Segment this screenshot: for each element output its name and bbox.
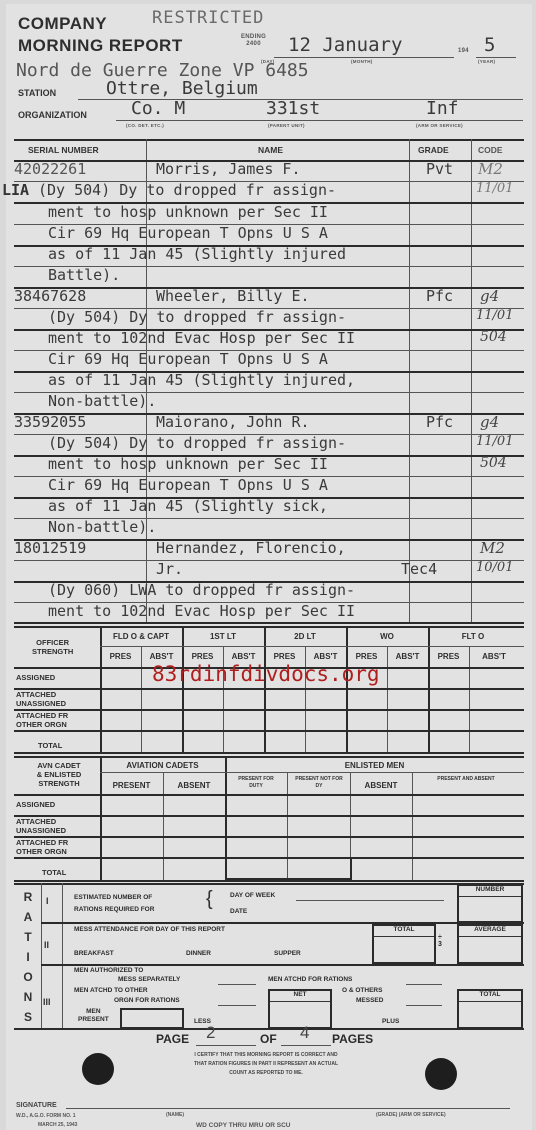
letter: I — [20, 947, 36, 967]
auth-field[interactable] — [218, 984, 256, 985]
rule — [14, 622, 524, 624]
rule — [14, 756, 524, 758]
grid-line — [387, 647, 388, 752]
report-date: 12 January — [288, 34, 402, 56]
letter: T — [20, 927, 36, 947]
average-box: AVERAGE — [457, 924, 523, 964]
group-aviation-cadets: AVIATION CADETS — [100, 761, 225, 770]
signature-line[interactable] — [66, 1108, 510, 1109]
org-parent-caption: (PARENT UNIT) — [268, 123, 305, 128]
ending-label-line2: 2400 — [241, 41, 266, 48]
certify-line: I CERTIFY THAT THIS MORNING REPORT IS CO… — [136, 1051, 396, 1060]
auth-label-1: MEN AUTHORIZED TO — [74, 967, 143, 974]
serial-number: 38467628 — [14, 286, 86, 306]
organization-label: ORGANIZATION — [18, 110, 87, 120]
sub-pres: PRES — [428, 652, 469, 661]
sub-abst: ABS'T — [305, 652, 346, 661]
signature-label: SIGNATURE — [16, 1102, 57, 1109]
grade: Tec4 — [401, 559, 437, 579]
rule — [100, 772, 524, 773]
title-line: STRENGTH — [20, 779, 98, 788]
entry-line: ment to hosp unknown per Sec II — [48, 202, 328, 222]
rule — [14, 1028, 524, 1030]
atchd-rations-label: MEN ATCHD FOR RATIONS — [268, 976, 352, 983]
rule — [100, 646, 524, 647]
entry-line: Non-battle). — [48, 517, 156, 537]
code-handwritten-504: 504 — [480, 455, 507, 471]
station-value: Ottre, Belgium — [106, 78, 258, 99]
code-date-handwritten: 10/01 — [476, 560, 513, 575]
org-arm-caption: (ARM OR SERVICE) — [416, 123, 463, 128]
group-flt-o: FLT O — [428, 632, 518, 641]
code-date-handwritten: 11/01 — [476, 434, 513, 449]
col-grade: GRADE — [418, 145, 449, 155]
group-wo: WO — [346, 632, 428, 641]
section-i-numeral: I — [46, 896, 49, 906]
binder-hole-right — [425, 1058, 457, 1090]
col-present-for-duty: PRESENT FOR DUTY — [235, 776, 277, 790]
label-line: PRESENT — [78, 1016, 109, 1024]
grid-line — [469, 647, 470, 752]
wd-copy-note: WD COPY THRU MRU OR SCU — [196, 1122, 291, 1129]
men-present-label: MEN PRESENT — [78, 1008, 109, 1024]
sub-pres: PRES — [182, 652, 223, 661]
of-underline — [281, 1045, 331, 1046]
page-number: 2 — [206, 1023, 215, 1043]
dinner-label: DINNER — [186, 950, 211, 957]
page-label: PAGE — [156, 1032, 189, 1046]
iii-total-label: TOTAL — [459, 991, 521, 1002]
month-caption: (MONTH) — [351, 59, 373, 64]
letter: S — [20, 1007, 36, 1027]
rule — [41, 922, 524, 924]
rule — [14, 752, 524, 754]
rule — [14, 730, 524, 732]
atchd-other-label-2: ORGN FOR RATIONS — [114, 997, 180, 1004]
entry-line: ment to hosp unknown per Sec II — [48, 454, 328, 474]
brace: { — [206, 888, 213, 911]
others-label-1: O & OTHERS — [342, 987, 382, 994]
number-label: NUMBER — [459, 886, 521, 897]
group-2d-lt: 2D LT — [264, 632, 346, 641]
number-box: NUMBER — [457, 884, 523, 923]
entry-line: (Dy 504) Dy to dropped fr assign- — [48, 307, 346, 327]
col-absent-enlisted: ABSENT — [350, 781, 412, 790]
name-caption: (NAME) — [166, 1112, 184, 1118]
certification-statement: I CERTIFY THAT THIS MORNING REPORT IS CO… — [136, 1051, 396, 1078]
soldier-name: Maiorano, John R. — [156, 412, 310, 432]
serial-number: 18012519 — [14, 538, 86, 558]
col-code: CODE — [478, 145, 503, 155]
form-date: MARCH 25, 1943 — [38, 1122, 77, 1128]
sub-pres: PRES — [346, 652, 387, 661]
grade: Pvt — [426, 159, 453, 179]
pages-label: PAGES — [332, 1032, 373, 1046]
ending-label-line1: ENDING — [241, 34, 266, 41]
row-assigned: ASSIGNED — [16, 800, 55, 809]
rations-vertical-label: R A T I O N S — [20, 887, 36, 1027]
station-label: STATION — [18, 88, 56, 98]
entry-line: Cir 69 Hq European T Opns U S A — [48, 475, 328, 495]
entry-line: as of 11 Jan 45 (Slightly injured — [48, 244, 346, 264]
atchd-other-field[interactable] — [218, 1005, 256, 1006]
certify-line: THAT RATION FIGURES IN PART II REPRESENT… — [136, 1060, 396, 1069]
section-i-label: ESTIMATED NUMBER OF RATIONS REQUIRED FOR — [74, 892, 154, 916]
org-parent-unit: 331st — [266, 98, 320, 119]
total-label: TOTAL — [374, 926, 434, 937]
rule — [41, 964, 524, 966]
col-name: NAME — [258, 145, 283, 155]
average-label: AVERAGE — [459, 926, 521, 937]
letter: A — [20, 907, 36, 927]
label-line: RATIONS REQUIRED FOR — [74, 904, 154, 916]
row-total: TOTAL — [42, 868, 66, 877]
breakfast-label: BREAKFAST — [74, 950, 114, 957]
entry-line: (Dy 504) Dy to dropped fr assign- — [48, 433, 346, 453]
iii-total-box: TOTAL — [457, 989, 523, 1029]
rule — [14, 880, 524, 882]
form-title-morning-report: MORNING REPORT — [18, 36, 183, 56]
total-box: TOTAL — [372, 924, 436, 964]
atchd-rations-field[interactable] — [406, 984, 442, 985]
grid-line — [141, 647, 142, 752]
officer-strength-title: OFFICER STRENGTH — [32, 638, 73, 656]
total-pages: 4 — [300, 1023, 309, 1043]
date-underline — [274, 57, 454, 58]
watermark-83rdinfdivdocs: 83rdinfdivdocs.org — [152, 662, 380, 686]
title-line: STRENGTH — [32, 647, 73, 656]
sub-abst: ABS'T — [223, 652, 264, 661]
label-line: MEN — [78, 1008, 109, 1016]
grid-line — [62, 883, 63, 1029]
morning-report-form: COMPANY MORNING REPORT RESTRICTED ENDING… — [6, 4, 532, 1130]
code-handwritten: g4 — [480, 287, 499, 305]
soldier-name: Hernandez, Florencio, — [156, 538, 346, 558]
col-present-and-absent: PRESENT AND ABSENT — [436, 776, 496, 783]
col-absent: ABSENT — [163, 781, 225, 790]
code-handwritten: g4 — [480, 413, 499, 431]
entry-line: Non-battle). — [48, 391, 156, 411]
rule — [14, 794, 524, 796]
col-serial-number: SERIAL NUMBER — [28, 145, 99, 155]
total-present-box — [225, 857, 352, 880]
soldier-name: Wheeler, Billy E. — [156, 286, 310, 306]
supper-label: SUPPER — [274, 950, 301, 957]
day-of-week-label: DAY OF WEEK — [230, 892, 275, 899]
soldier-name: Morris, James F. — [156, 159, 301, 179]
soldier-name-suffix: Jr. — [156, 559, 183, 579]
group-enlisted-men: ENLISTED MEN — [225, 761, 524, 770]
row-total: TOTAL — [38, 741, 62, 750]
grid-line — [100, 758, 102, 880]
restricted-stamp: RESTRICTED — [152, 8, 264, 28]
letter: N — [20, 987, 36, 1007]
page-underline — [196, 1045, 256, 1046]
org-arm: Inf — [426, 98, 459, 119]
organization-underline — [116, 120, 523, 121]
enlisted-strength-title: AVN CADET & ENLISTED STRENGTH — [20, 761, 98, 788]
col-present: PRESENT — [100, 781, 163, 790]
of-label: OF — [260, 1032, 277, 1046]
report-year: 5 — [484, 34, 495, 56]
grade: Pfc — [426, 412, 453, 432]
code-handwritten: M2 — [480, 539, 505, 557]
date-label: DATE — [230, 908, 247, 915]
entry-line: as of 11 Jan 45 (Slightly injured, — [48, 370, 355, 390]
rule — [14, 883, 524, 885]
entry-line: Cir 69 Hq European T Opns U S A — [48, 349, 328, 369]
label-line: ESTIMATED NUMBER OF — [74, 892, 154, 904]
grid-line — [41, 883, 42, 1029]
entry-line: as of 11 Jan 45 (Slightly sick, — [48, 496, 328, 516]
grade-caption: (GRADE) (ARM OR SERVICE) — [376, 1112, 446, 1118]
grade: Pfc — [426, 286, 453, 306]
year-caption: (YEAR) — [478, 59, 495, 64]
entry-line: Cir 69 Hq European T Opns U S A — [48, 223, 328, 243]
mess-attendance-label: MESS ATTENDANCE FOR DAY OF THIS REPORT — [74, 926, 225, 933]
entry-line: ment to 102nd Evac Hosp per Sec II — [48, 601, 355, 621]
title-line: OFFICER — [32, 638, 73, 647]
binder-hole-left — [82, 1053, 114, 1085]
ending-label: ENDING 2400 — [241, 34, 266, 48]
net-label: NET — [270, 991, 330, 1002]
divider-name-grade — [409, 139, 410, 624]
rule — [14, 626, 524, 628]
day-of-week-field[interactable] — [296, 900, 444, 901]
auth-label-2: MESS SEPARATELY — [118, 976, 180, 983]
row-attached-unassigned: ATTACHED UNASSIGNED — [16, 690, 96, 708]
sub-pres: PRES — [264, 652, 305, 661]
form-number: W.D., A.G.O. FORM NO. 1 — [16, 1113, 76, 1119]
entry-line: ment to 102nd Evac Hosp per Sec II — [48, 328, 355, 348]
others-field[interactable] — [406, 1005, 442, 1006]
serial-number: 33592055 — [14, 412, 86, 432]
entry-line: (Dy 504) Dy to dropped fr assign- — [38, 180, 336, 200]
row-attached-fr-other-orgn: ATTACHED FR OTHER ORGN — [16, 711, 96, 729]
sub-abst: ABS'T — [469, 652, 519, 661]
code-date-handwritten: 11/01 — [476, 308, 513, 323]
year-underline — [476, 57, 516, 58]
section-ii-numeral: II — [44, 940, 49, 950]
row-assigned: ASSIGNED — [16, 673, 55, 682]
sub-pres: PRES — [100, 652, 141, 661]
certify-line: COUNT AS REPORTED TO ME. — [136, 1069, 396, 1078]
others-label-2: MESSED — [356, 997, 383, 1004]
divide-by-three: ÷ 3 — [438, 934, 446, 948]
row-attached-unassigned: ATTACHED UNASSIGNED — [16, 817, 96, 835]
atchd-other-label-1: MEN ATCHD TO OTHER — [74, 987, 148, 994]
grid-line — [412, 772, 413, 880]
form-title-company: COMPANY — [18, 14, 107, 34]
letter: R — [20, 887, 36, 907]
row-attached-fr-other-orgn: ATTACHED FR OTHER ORGN — [16, 838, 96, 856]
code-handwritten: M2 — [478, 160, 503, 178]
serial-number: 42022261 — [14, 159, 86, 179]
org-company-caption: (CO. DET. ETC.) — [126, 123, 164, 128]
entry-line: (Dy 060) LWA to dropped fr assign- — [48, 580, 355, 600]
section-iii-numeral: III — [43, 997, 51, 1007]
title-line: & ENLISTED — [20, 770, 98, 779]
code-handwritten-504: 504 — [480, 329, 507, 345]
org-company: Co. M — [131, 98, 185, 119]
group-1st-lt: 1ST LT — [182, 632, 264, 641]
entry-line: Battle). — [48, 265, 120, 285]
letter: O — [20, 967, 36, 987]
divider-grade-code — [471, 139, 472, 624]
men-present-box — [120, 1008, 184, 1029]
year-prefix: 194 — [458, 48, 469, 54]
plus-label: PLUS — [382, 1018, 399, 1025]
title-line: AVN CADET — [20, 761, 98, 770]
margin-note-lia: LIA — [2, 180, 29, 200]
sub-abst: ABS'T — [387, 652, 428, 661]
group-fld-o-capt: FLD O & CAPT — [100, 632, 182, 641]
sub-abst: ABS'T — [141, 652, 182, 661]
rule — [14, 560, 524, 561]
col-present-not-for-dy: PRESENT NOT FOR DY — [294, 776, 344, 790]
column-header-top-rule — [14, 139, 524, 141]
code-date-handwritten: 11/01 — [476, 181, 513, 196]
